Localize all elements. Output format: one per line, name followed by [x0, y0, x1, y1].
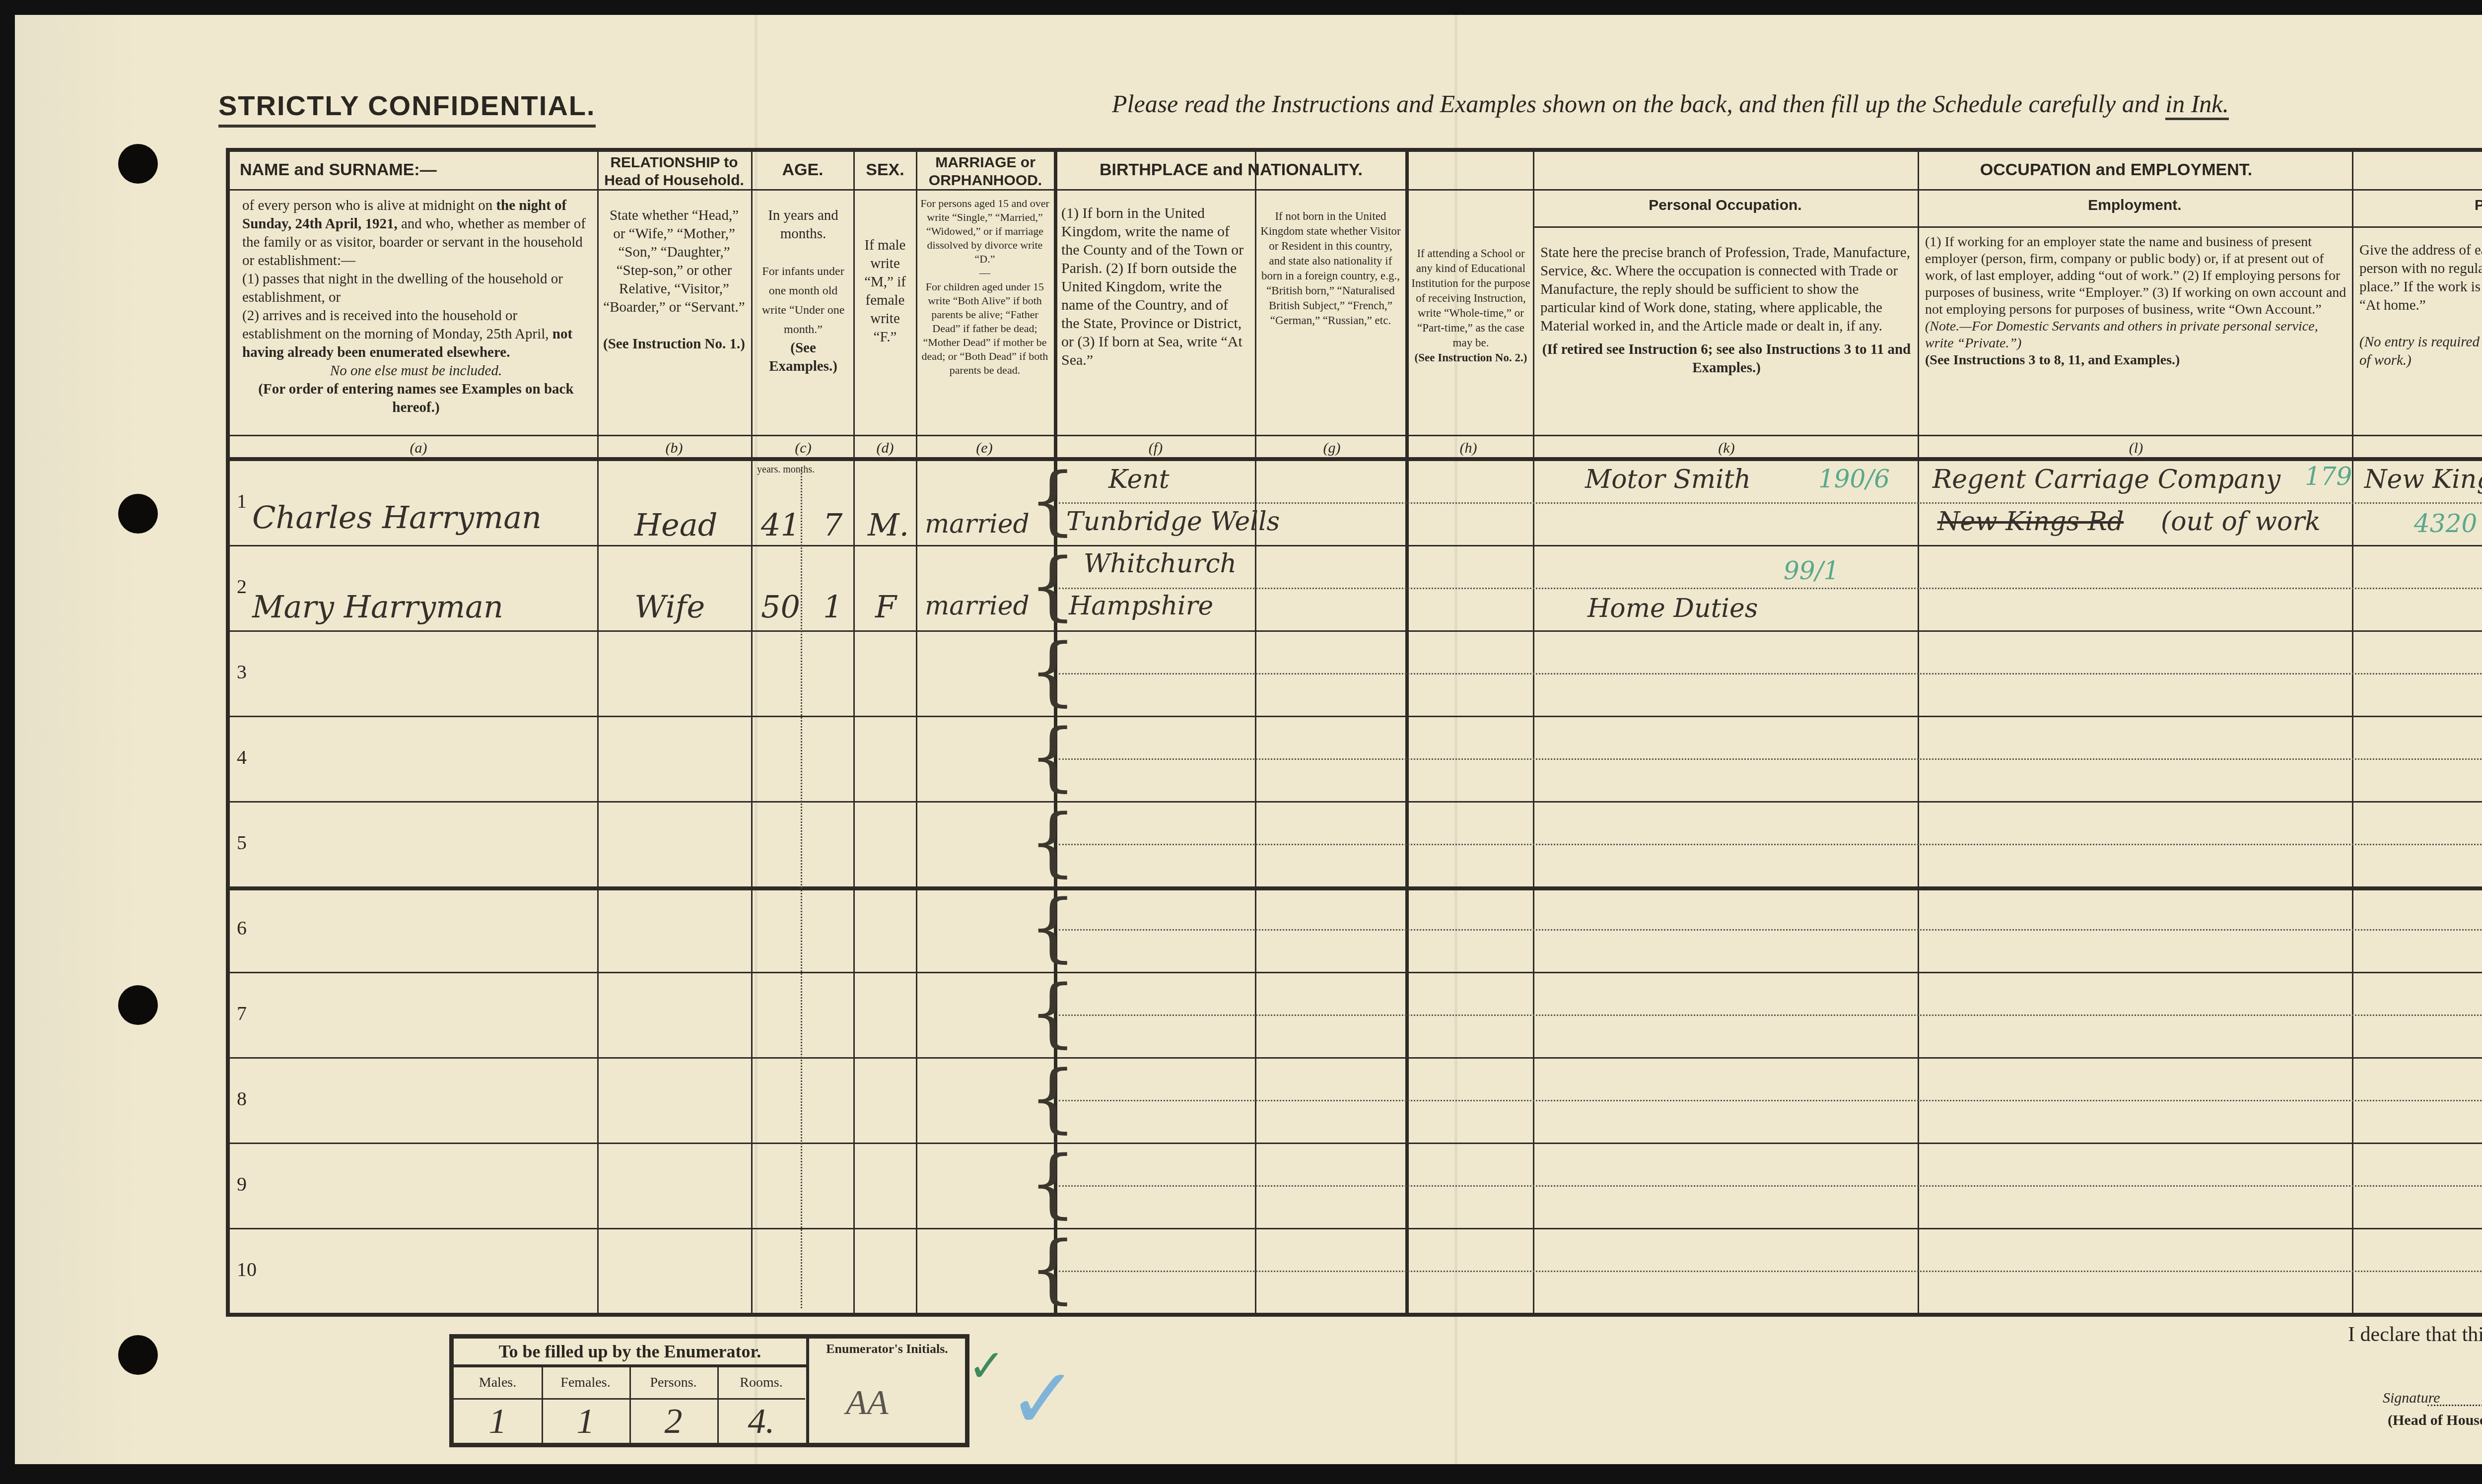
header-rule: [230, 457, 2482, 461]
age-instr: In years and months.: [768, 207, 838, 242]
initials-title: Enumerator's Initials.: [809, 1339, 965, 1359]
occupation-code: 190/6: [1818, 465, 1890, 493]
males-count: 1: [454, 1400, 542, 1443]
column-letter: (d): [870, 440, 900, 457]
age-instructions: In years and months. For infants under o…: [756, 206, 850, 376]
person-sex: F: [875, 589, 896, 625]
person-sex: M.: [868, 507, 909, 543]
row-number: 8: [237, 1087, 247, 1110]
instruction-line: Please read the Instructions and Example…: [1112, 89, 2229, 118]
birthplace-county: Kent: [1108, 465, 1170, 494]
row-number: 6: [237, 916, 247, 940]
place-note: (No entry is required for any person who…: [2359, 334, 2482, 368]
age-infants: For infants under one month old write “U…: [762, 265, 845, 336]
birthplace-county: Hampshire: [1069, 591, 1213, 621]
place-code: 4320: [2414, 509, 2477, 538]
name-instr-4: (1) passes that night in the dwelling of…: [242, 271, 563, 305]
persons-label: Persons.: [629, 1367, 717, 1400]
place-of-work: New Kings Rd: [2364, 465, 2482, 494]
age-subheader: years. months.: [757, 461, 815, 479]
instruction-emphasis: in Ink.: [2165, 90, 2229, 120]
punch-hole: [118, 985, 158, 1025]
rooms-count: 4.: [717, 1400, 805, 1443]
person-relationship: Wife: [634, 589, 705, 625]
persons-count: 2: [629, 1400, 717, 1443]
row-number: 2: [237, 575, 247, 598]
column-letter: (l): [2121, 440, 2151, 457]
header-rule: [1533, 226, 2482, 228]
col-divider: [2352, 152, 2353, 1313]
row-rule: [230, 1143, 2482, 1144]
birthplace-instructions: (1) If born in the United Kingdom, write…: [1061, 204, 1250, 369]
marriage-column-title: MARRIAGE or ORPHANHOOD.: [917, 154, 1054, 190]
place-instructions: Give the address of each person's place …: [2359, 241, 2482, 370]
years-label: years.: [757, 464, 780, 475]
person-age-years: 50: [761, 589, 800, 625]
row-number: 9: [237, 1172, 247, 1196]
marriage-instructions: For persons aged 15 and over write “Sing…: [920, 197, 1050, 377]
column-letter: (c): [788, 440, 818, 457]
enumerator-box-title: To be filled up by the Enumerator.: [454, 1339, 809, 1367]
nationality-instructions: If not born in the United Kingdom state …: [1260, 209, 1401, 328]
occupation-column-title: OCCUPATION and EMPLOYMENT.: [1533, 161, 2482, 179]
punch-hole: [118, 144, 158, 184]
personal-occupation-instructions: State here the precise branch of Profess…: [1540, 244, 1913, 377]
males-label: Males.: [454, 1367, 542, 1400]
employer-name: Regent Carriage Company: [1932, 465, 2280, 494]
column-letter: (a): [404, 440, 433, 457]
person-occupation: Home Duties: [1587, 594, 1758, 623]
age-note: (See Examples.): [769, 340, 837, 374]
blue-check-icon: ✓: [1008, 1350, 1078, 1448]
signature-label: Signature: [2383, 1390, 2440, 1407]
name-instr-8: (For order of entering names see Example…: [242, 380, 590, 417]
months-label: months.: [783, 464, 815, 475]
row-midline: [1059, 1271, 2482, 1272]
row-midline: [1059, 588, 2482, 589]
employment-note: (See Instructions 3 to 8, 11, and Exampl…: [1925, 352, 2180, 368]
strictly-confidential-title: STRICTLY CONFIDENTIAL.: [218, 89, 596, 128]
personal-occ-note: (If retired see Instruction 6; see also …: [1540, 340, 1913, 377]
education-instructions: If attending a School or any kind of Edu…: [1411, 246, 1530, 365]
row-number: 4: [237, 745, 247, 769]
marriage-instr-2: For children aged under 15 write “Both A…: [922, 280, 1048, 376]
personal-occ-instr: State here the precise branch of Profess…: [1540, 245, 1910, 334]
row-rule: [230, 545, 2482, 546]
column-letter: (k): [1712, 440, 1741, 457]
household-table: NAME and SURNAME:— RELATIONSHIP to Head …: [226, 148, 2482, 1317]
out-of-work-note: (out of work: [2161, 507, 2321, 537]
personal-occupation-title: Personal Occupation.: [1533, 197, 1918, 214]
birthplace-column-title: BIRTHPLACE and NATIONALITY.: [1057, 161, 1405, 179]
brace-glyph: {: [1029, 805, 1076, 879]
employment-title: Employment.: [1918, 197, 2352, 214]
education-note: (See Instruction No. 2.): [1415, 351, 1527, 364]
person-marriage: married: [925, 509, 1030, 539]
row-midline: [1059, 673, 2482, 675]
row-rule: [230, 972, 2482, 973]
row-midline: [1059, 844, 2482, 845]
col-divider: [597, 152, 599, 1313]
header-rule: [230, 435, 2482, 436]
relationship-note: (See Instruction No. 1.): [603, 336, 745, 352]
sex-column-title: SEX.: [854, 161, 916, 179]
row-number: 5: [237, 831, 247, 854]
header-rule: [230, 189, 2482, 191]
person-age-months: 1: [823, 589, 842, 625]
row-number: 10: [237, 1258, 257, 1281]
brace-glyph: {: [1029, 1147, 1076, 1221]
name-column-title: NAME and SURNAME:—: [240, 161, 437, 179]
place-of-work-title: Place of Work.: [2352, 197, 2482, 214]
col-divider: [1533, 152, 1534, 1313]
occupation-code: 99/1: [1784, 556, 1839, 585]
relationship-instr: State whether “Head,” or “Wife,” “Mother…: [603, 207, 745, 315]
person-name: Charles Harryman: [252, 499, 542, 536]
employment-instr: (1) If working for an employer state the…: [1925, 234, 2346, 317]
signature-line: [2427, 1405, 2482, 1406]
enumerator-initials: AA: [846, 1383, 889, 1423]
name-instr-1: of every person who is alive at midnight…: [242, 198, 492, 213]
col-divider: [916, 152, 917, 1313]
enumerator-box: To be filled up by the Enumerator. Enume…: [449, 1334, 969, 1447]
punch-hole: [118, 1335, 158, 1375]
rooms-label: Rooms.: [717, 1367, 805, 1400]
row-rule: [230, 886, 2482, 890]
brace-glyph: {: [1029, 1061, 1076, 1136]
age-column-title: AGE.: [752, 161, 853, 179]
age-years-months-divider: [801, 470, 802, 1308]
row-rule: [230, 630, 2482, 632]
row-number: 3: [237, 660, 247, 683]
row-rule: [230, 1228, 2482, 1229]
signature-note: (Head of Household, Manager of Establish…: [2388, 1412, 2482, 1429]
col-divider: [751, 152, 753, 1313]
declaration-text: I declare that this Schedule is correctl…: [2348, 1323, 2482, 1347]
relationship-instructions: State whether “Head,” or “Wife,” “Mother…: [602, 206, 746, 353]
row-midline: [1059, 1100, 2482, 1101]
row-rule: [230, 1057, 2482, 1059]
row-midline: [1059, 502, 2482, 504]
column-letter: (f): [1141, 440, 1171, 457]
females-label: Females.: [542, 1367, 629, 1400]
row-midline: [1059, 929, 2482, 931]
column-letter: (b): [659, 440, 689, 457]
col-divider: [853, 152, 855, 1313]
row-midline: [1059, 1014, 2482, 1016]
birthplace-town: Tunbridge Wells: [1066, 507, 1280, 537]
col-divider: [1255, 152, 1256, 1313]
person-relationship: Head: [634, 507, 717, 543]
row-rule: [230, 801, 2482, 803]
col-divider: [1405, 152, 1409, 1313]
employment-code: 179: [2305, 462, 2352, 491]
row-rule: [230, 716, 2482, 717]
place-instr: Give the address of each person's place …: [2359, 242, 2482, 313]
brace-glyph: {: [1029, 1232, 1076, 1306]
punch-hole: [118, 494, 158, 534]
struck-employer-address: New Kings Rd: [1937, 507, 2124, 537]
person-occupation: Motor Smith: [1585, 465, 1751, 494]
column-letter: (g): [1317, 440, 1347, 457]
birthplace-town: Whitchurch: [1084, 549, 1237, 579]
green-check-icon: ✓: [968, 1340, 1005, 1392]
sex-instructions: If male write “M,” if female write “F.”: [857, 236, 913, 346]
brace-glyph: {: [1029, 634, 1076, 709]
person-age-years: 41: [761, 507, 800, 543]
instruction-text: Please read the Instructions and Example…: [1112, 90, 2159, 118]
employment-note-italic: (Note.—For Domestic Servants and others …: [1925, 319, 2318, 351]
name-instr-7: No one else must be included.: [242, 362, 590, 380]
person-name: Mary Harryman: [252, 589, 503, 625]
brace-glyph: {: [1029, 890, 1076, 965]
person-marriage: married: [925, 591, 1030, 621]
brace-glyph: {: [1029, 976, 1076, 1050]
females-count: 1: [542, 1400, 629, 1443]
brace-glyph: {: [1029, 720, 1076, 794]
employment-instructions: (1) If working for an employer state the…: [1925, 234, 2347, 369]
col-divider: [1918, 152, 1919, 1313]
row-midline: [1059, 1185, 2482, 1187]
row-number: 7: [237, 1002, 247, 1025]
marriage-instr-1: For persons aged 15 and over write “Sing…: [920, 197, 1049, 265]
relationship-column-title: RELATIONSHIP to Head of Household.: [598, 154, 750, 190]
person-age-months: 7: [823, 507, 842, 543]
column-letter: (h): [1453, 440, 1483, 457]
education-instr: If attending a School or any kind of Edu…: [1411, 247, 1530, 349]
name-instr-5: (2) arrives and is received into the hou…: [242, 308, 549, 342]
column-letter: (e): [969, 440, 999, 457]
row-number: 1: [237, 489, 247, 513]
row-midline: [1059, 758, 2482, 760]
name-instructions: of every person who is alive at midnight…: [242, 197, 590, 417]
